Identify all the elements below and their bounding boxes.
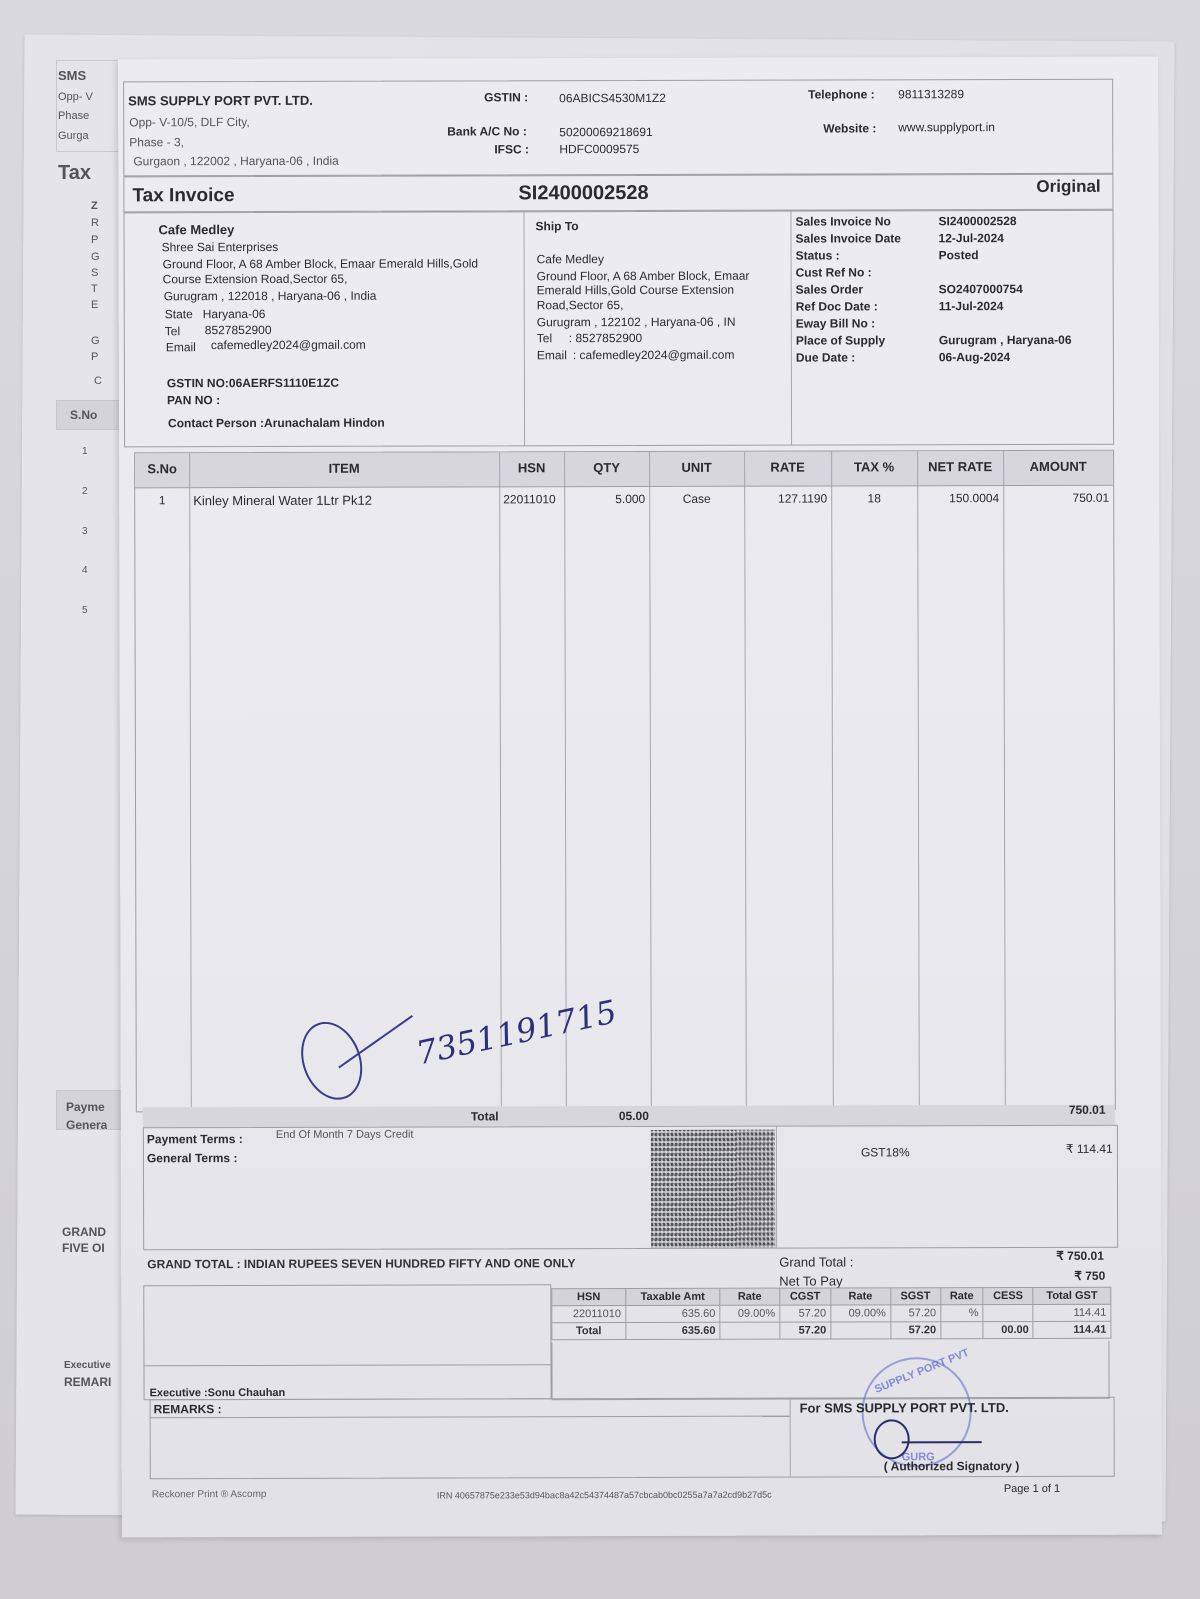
column-header: AMOUNT [1003,459,1113,474]
bill-to-pan: PAN NO : [167,393,220,407]
ship-to-tel-label: Tel [537,331,552,345]
gst-total-cell: Total [552,1323,626,1340]
column-header: UNIT [649,460,744,475]
gst-total-cell: 635.60 [626,1322,720,1339]
back-field-fragment: T [91,283,98,295]
gst-total-cell [941,1322,983,1339]
bill-to-tel: 8527852900 [205,323,272,337]
invoice-sheet: SMS SUPPLY PORT PVT. LTD. Opp- V-10/5, D… [118,57,1162,1538]
back-footer-fragment: Payme [66,1100,105,1114]
ship-to-email: : cafemedley2024@gmail.com [573,348,735,362]
gst-total-cell: 57.20 [780,1322,831,1339]
table-cell: 1 [139,493,185,507]
items-total-label: Total [471,1109,499,1123]
back-field-fragment: G [91,251,100,263]
gst-column-header: HSN [552,1289,626,1306]
printed-by: Reckoner Print ® Ascomp [152,1489,267,1500]
gst-column-header: Taxable Amt [625,1288,719,1305]
back-field-fragment: P [91,234,98,246]
back-field-fragment: P [91,351,98,363]
meta-value: 12-Jul-2024 [939,231,1004,245]
table-cell: Case [653,492,740,506]
gst-column-header: Total GST [1033,1287,1111,1304]
meta-label: Sales Order [796,282,863,296]
ifsc-label: IFSC : [494,142,529,156]
meta-label: Due Date : [796,350,855,364]
table-cell: 22011010 [503,492,560,506]
stamp-area [551,1341,1109,1400]
copy-type: Original [1036,177,1100,197]
signatory-signature-icon [874,1419,910,1459]
ship-to-name: Cafe Medley [537,252,604,266]
gst-cell: 635.60 [626,1305,720,1322]
page-number: Page 1 of 1 [1004,1483,1060,1495]
back-field-fragment: S [91,267,98,279]
table-cell: 750.01 [1007,491,1109,505]
executive-box [143,1284,551,1400]
bill-to-name: Cafe Medley [158,222,234,237]
table-cell: 18 [835,491,913,505]
items-total-amount: 750.01 [1069,1103,1106,1117]
amount-in-words: GRAND TOTAL : INDIAN RUPEES SEVEN HUNDRE… [147,1256,575,1271]
grand-total-value: ₹ 750.01 [1056,1249,1104,1263]
gst-cell: 22011010 [552,1306,626,1323]
net-to-pay-label: Net To Pay [779,1273,842,1288]
ship-to-address-line: Gurugram , 122102 , Haryana-06 , IN [537,315,736,330]
bill-to-address-line: Ground Floor, A 68 Amber Block, Emaar Em… [163,256,479,271]
back-footer-fragment: REMARI [64,1375,111,1389]
back-address-fragment: Gurga [58,130,89,142]
ship-to-heading: Ship To [535,219,578,233]
meta-label: Sales Invoice No [795,214,890,228]
meta-label: Ref Doc Date : [796,299,878,313]
bank-account: 50200069218691 [559,125,652,139]
seller-address-line: Opp- V-10/5, DLF City, [129,115,250,129]
bill-to-address-line: Course Extension Road,Sector 65, [163,272,348,286]
meta-label: Eway Bill No : [796,316,875,330]
authorized-signatory-label: ( Authorized Signatory ) [884,1459,1020,1473]
website-label: Website : [823,121,876,135]
table-cell: 127.1190 [748,492,827,506]
terms-box [143,1125,1118,1251]
meta-value: SI2400002528 [938,214,1016,228]
telephone-label: Telephone : [808,87,874,101]
back-footer-fragment: Executive [64,1360,111,1371]
seller-address-line: Phase - 3, [129,135,184,149]
column-header: ITEM [189,460,499,476]
gst-column-header: Rate [720,1288,780,1305]
for-company-label: For SMS SUPPLY PORT PVT. LTD. [800,1400,1009,1416]
meta-value: 11-Jul-2024 [939,299,1004,313]
general-terms-label: General Terms : [147,1151,238,1165]
back-row-number: 3 [82,526,88,537]
gst-column-header: SGST [890,1288,940,1305]
table-cell: 5.000 [568,492,645,506]
table-cell: 150.0004 [921,491,999,505]
meta-label: Sales Invoice Date [796,231,901,245]
gst-cell: 114.41 [1033,1304,1111,1321]
back-row-number: 4 [82,565,88,576]
bill-to-company: Shree Sai Enterprises [162,240,279,254]
payment-terms-label: Payment Terms : [147,1132,243,1146]
gst-column-header: CESS [983,1287,1033,1304]
divider [790,1398,791,1478]
payment-terms-value: End Of Month 7 Days Credit [276,1129,414,1141]
seller-telephone: 9811313289 [898,87,964,101]
back-field-fragment: G [91,335,100,347]
gst-cell [983,1304,1033,1321]
bill-to-gstin: GSTIN NO:06AERFS1110E1ZC [167,376,339,390]
irn-number: IRN 40657875e233e53d94bac8a42c54374487a5… [437,1490,772,1501]
back-sheet-edge: SMS Opp- V Phase Gurga Tax Z R P G S T E… [56,60,126,1460]
gst-row: 22011010635.6009.00%57.2009.00%57.20%114… [552,1304,1111,1322]
back-title-fragment: Tax [58,162,91,185]
gst-total-row: Total635.6057.2057.2000.00114.41 [552,1321,1111,1339]
invoice-number-heading: SI2400002528 [518,182,648,205]
column-header: RATE [744,459,831,474]
meta-value: SO2407000754 [939,282,1023,296]
signature-stroke [902,1441,982,1443]
back-row-number: 2 [82,486,88,497]
back-address-fragment: Phase [58,110,89,122]
column-header: QTY [564,460,649,475]
meta-label: Place of Supply [796,333,885,347]
gst-cell: 09.00% [720,1305,780,1322]
remarks-label: REMARKS : [154,1402,222,1416]
gst-total-cell: 114.41 [1033,1321,1111,1338]
executive-name: Executive :Sonu Chauhan [150,1387,286,1399]
back-field-fragment: R [91,217,99,229]
meta-label: Cust Ref No : [796,265,872,279]
bill-to-tel-label: Tel [165,324,180,338]
bill-to-state: Haryana-06 [203,307,266,321]
gst-total-cell: 57.20 [890,1322,940,1339]
net-to-pay-value: ₹ 750 [1074,1269,1105,1283]
qr-code [651,1130,775,1248]
items-table [134,450,1116,1113]
meta-value: 06-Aug-2024 [939,350,1010,364]
gst-rate-label: GST18% [861,1145,910,1159]
ship-to-tel: : 8527852900 [569,331,642,345]
gst-cell: 09.00% [831,1305,891,1322]
gst-total-cell: 00.00 [983,1321,1033,1338]
grand-total-label: Grand Total : [779,1254,853,1269]
back-company-fragment: SMS [58,68,86,83]
seller-address-line: Gurgaon , 122002 , Haryana-06 , India [133,154,339,169]
seller-website: www.supplyport.in [898,120,995,134]
back-sno-header: S.No [70,408,97,422]
ship-to-address-line: Ground Floor, A 68 Amber Block, Emaar [537,269,750,284]
meta-label: Status : [796,248,840,262]
back-field-fragment: C [94,375,102,387]
gst-column-header: Rate [831,1288,891,1305]
gst-breakdown-table: HSNTaxable AmtRateCGSTRateSGSTRateCESSTo… [551,1287,1111,1340]
bank-label: Bank A/C No : [447,124,527,138]
bill-to-email: cafemedley2024@gmail.com [211,338,366,352]
bill-to-address-line: Gurugram , 122018 , Haryana-06 , India [164,289,377,304]
back-field-fragment: E [91,299,98,311]
seller-name: SMS SUPPLY PORT PVT. LTD. [128,93,313,108]
column-header: HSN [499,460,564,475]
bill-to-state-label: State [165,307,193,321]
column-header: TAX % [831,459,917,474]
document-title: Tax Invoice [132,185,234,207]
column-header: S.No [135,461,189,476]
column-header: NET RATE [917,459,1003,474]
gst-column-header: CGST [780,1288,831,1305]
back-field-fragment: Z [91,200,98,212]
ship-to-address-line: Road,Sector 65, [537,298,624,312]
ifsc-code: HDFC0009575 [559,142,639,156]
back-footer-fragment: GRAND [62,1225,106,1239]
gst-amount: ₹ 114.41 [1066,1142,1113,1156]
gst-cell: 57.20 [890,1305,940,1322]
ship-to-email-label: Email [537,348,567,362]
gst-total-cell [720,1322,780,1339]
gst-cell: 57.20 [780,1305,831,1322]
meta-value: Gurugram , Haryana-06 [939,333,1072,347]
back-footer-fragment: Genera [66,1118,107,1132]
bill-to-email-label: Email [166,340,196,354]
gst-cell: % [941,1305,983,1322]
back-row-number: 1 [82,446,88,457]
table-cell: Kinley Mineral Water 1Ltr Pk12 [193,492,495,508]
gstin-label: GSTIN : [484,90,528,104]
bill-to-contact-person: Contact Person :Arunachalam Hindon [168,416,385,431]
ship-to-address-line: Emerald Hills,Gold Course Extension [537,283,734,298]
meta-value: Posted [939,248,979,262]
back-row-number: 5 [82,605,88,616]
gst-total-cell [831,1322,891,1339]
seller-gstin: 06ABICS4530M1Z2 [559,91,666,105]
back-address-fragment: Opp- V [58,91,93,103]
gst-column-header: Rate [941,1288,983,1305]
items-total-qty: 05.00 [619,1109,649,1123]
back-footer-fragment: FIVE OI [62,1241,105,1255]
